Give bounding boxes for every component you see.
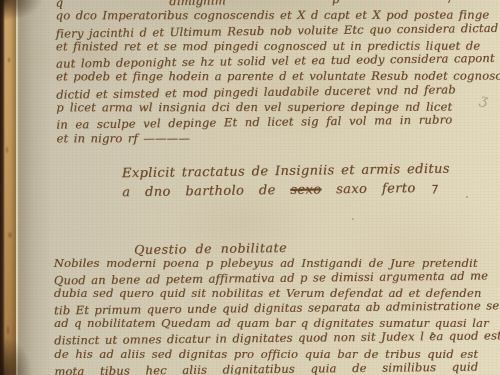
book-spine-edge [0, 0, 5, 375]
strikethrough-word: sexo [290, 182, 321, 197]
explicit-colophon: Explicit tractatus de Insigniis et armis… [122, 160, 437, 202]
text-line: distinct ut omnes dicatur in dignitates … [54, 329, 478, 349]
gutter-crease-shadow [18, 0, 52, 375]
section-heading-questio: Questio de nobilitate [134, 240, 287, 257]
text-block-main: q dimighim p ⁊ qo dco Imperatoribus cogn… [55, 0, 452, 147]
text-block-questio: Nobiles moderni poena p plebeyus ad Inst… [54, 255, 479, 375]
marginal-flourish: ʒ [478, 91, 489, 108]
explicit-line: a dno bartholo de sexo saxo ferto ⁊ [122, 179, 437, 202]
explicit-author: a dno bartholo de [122, 183, 290, 200]
text-line-flourish-dash: et in nigro rf ———— [56, 130, 452, 146]
ink-speck [352, 218, 354, 220]
ink-speck [431, 332, 434, 335]
ink-speck [466, 196, 468, 198]
explicit-author-suffix: saxo ferto ⁊ [321, 181, 437, 198]
manuscript-photo: q dimighim p ⁊ qo dco Imperatoribus cogn… [0, 0, 500, 375]
